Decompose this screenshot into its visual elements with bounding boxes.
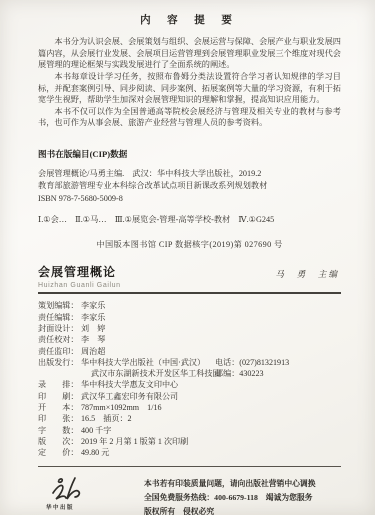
colophon-row-wordcount: 字 数：400 千字	[38, 425, 341, 436]
colophon-value: 华中科技大学惠友文印中心	[81, 380, 178, 389]
book-title-row: 会展管理概论 马 勇 主编	[38, 263, 341, 280]
book-title-pinyin: Huizhan Guanli Gailun	[38, 282, 341, 289]
colophon-value: 400 千字	[81, 426, 111, 435]
colophon-label: 定 价：	[38, 447, 81, 458]
colophon-row-format: 开 本：787mm×1092mm 1/16	[38, 402, 341, 413]
colophon-value: 49.80 元	[81, 448, 109, 457]
footer-notes: 本书若有印装质量问题，请向出版社营销中心调换 全国免费服务热线：400-6679…	[110, 474, 316, 515]
colophon-label: 印 刷：	[38, 391, 81, 402]
cip-block: 会展管理概论/马勇主编. 武汉：华中科技大学出版社，2019.2 教育部旅游管理…	[38, 168, 341, 205]
cip-line-title: 会展管理概论/马勇主编. 武汉：华中科技大学出版社，2019.2	[38, 168, 341, 180]
colophon-row-address: 武汉市东湖新技术开发区华工科技园 邮编：430223	[38, 368, 341, 379]
colophon-label: 印 张：	[38, 413, 81, 424]
colophon-row-proofreader: 责任校对：李 琴	[38, 334, 341, 345]
colophon-label: 出版发行：	[38, 357, 81, 368]
footer-note-quality: 本书若有印装质量问题，请向出版社营销中心调换	[144, 477, 316, 491]
cip-classification: Ⅰ.①会… Ⅱ.①马… Ⅲ.①展览会-管理-高等学校-教材 Ⅳ.①G245	[38, 214, 341, 225]
colophon-row-planning-editor: 策划编辑：李家乐	[38, 300, 341, 311]
summary-paragraph-1: 本书分为认识会展、会展策划与组织、会展运营与保障、会展产业与职业发展四篇内容，从…	[38, 36, 341, 71]
colophon-value: 李家乐	[81, 301, 105, 310]
colophon-value: 2019 年 2 月第 1 版第 1 次印刷	[81, 437, 188, 446]
colophon-row-cover-design: 封面设计：刘 婷	[38, 323, 341, 334]
press-logo: 华中出版	[38, 474, 110, 511]
colophon: 策划编辑：李家乐 责任编辑：李家乐 封面设计：刘 婷 责任校对：李 琴 责任监印…	[38, 300, 341, 458]
summary-paragraph-3: 本书不仅可以作为全国普通高等院校会展经济与管理及相关专业的教材与参考书，也可作为…	[38, 106, 341, 129]
divider-thin	[38, 466, 341, 467]
colophon-value: 武汉华工鑫宏印务有限公司	[81, 392, 178, 401]
colophon-label: 字 数：	[38, 425, 81, 436]
colophon-row-responsible-editor: 责任编辑：李家乐	[38, 312, 341, 323]
colophon-value: 武汉市东湖新技术开发区华工科技园	[81, 369, 221, 378]
colophon-row-price: 定 价：49.80 元	[38, 447, 341, 458]
book-title: 会展管理概论	[38, 263, 116, 280]
colophon-label: 开 本：	[38, 402, 81, 413]
colophon-label: 责任监印：	[38, 346, 81, 357]
colophon-row-typesetting: 录 排：华中科技大学惠友文印中心	[38, 379, 341, 390]
content-summary-title: 内 容 提 要	[38, 12, 341, 27]
publisher-postcode: 邮编：430223	[215, 368, 264, 379]
colophon-row-print-supervisor: 责任监印：周治超	[38, 346, 341, 357]
publisher-phone: 电话：(027)81321913	[215, 357, 289, 368]
summary-paragraph-2: 本书每章设计学习任务，按照布鲁姆分类法设置符合学习者认知规律的学习目标，并配套案…	[38, 71, 341, 106]
cip-line-isbn: ISBN 978-7-5680-5009-8	[38, 193, 341, 205]
cip-heading: 图书在版编目(CIP)数据	[38, 148, 341, 160]
footer-note-hotline: 全国免费服务热线：400-6679-118 竭诚为您服务	[144, 491, 316, 505]
colophon-value: 李 琴	[81, 335, 105, 344]
colophon-row-edition: 版 次：2019 年 2 月第 1 版第 1 次印刷	[38, 436, 341, 447]
footer-note-copyright: 版权所有 侵权必究	[144, 505, 316, 515]
footer: 华中出版 本书若有印装质量问题，请向出版社营销中心调换 全国免费服务热线：400…	[38, 474, 341, 515]
colophon-label: 录 排：	[38, 379, 81, 390]
colophon-row-publisher: 出版发行：华中科技大学出版社（中国·武汉） 电话：(027)81321913	[38, 357, 341, 368]
colophon-value: 华中科技大学出版社（中国·武汉）	[81, 358, 205, 367]
colophon-value: 787mm×1092mm 1/16	[81, 403, 162, 412]
colophon-value: 李家乐	[81, 313, 105, 322]
colophon-label: 策划编辑：	[38, 300, 81, 311]
divider-thick	[38, 292, 341, 294]
colophon-row-sheets: 印 张：16.5 插页：2	[38, 413, 341, 424]
cip-line-series: 教育部旅游管理专业本科综合改革试点项目新课改系列规划教材	[38, 180, 341, 192]
colophon-value: 刘 婷	[81, 324, 105, 333]
press-logo-caption: 华中出版	[46, 503, 110, 511]
press-logo-icon	[50, 476, 84, 502]
colophon-value: 16.5 插页：2	[81, 414, 132, 423]
colophon-label: 封面设计：	[38, 323, 81, 334]
colophon-label: 版 次：	[38, 436, 81, 447]
colophon-label: 责任编辑：	[38, 312, 81, 323]
copyright-page: 内 容 提 要 本书分为认识会展、会展策划与组织、会展运营与保障、会展产业与职业…	[0, 0, 375, 515]
book-editor: 马 勇 主编	[275, 268, 341, 280]
colophon-row-printing: 印 刷：武汉华工鑫宏印务有限公司	[38, 391, 341, 402]
colophon-value: 周治超	[81, 347, 105, 356]
colophon-label: 责任校对：	[38, 334, 81, 345]
cip-record-number: 中国版本图书馆 CIP 数据核字(2019)第 027690 号	[38, 239, 341, 250]
